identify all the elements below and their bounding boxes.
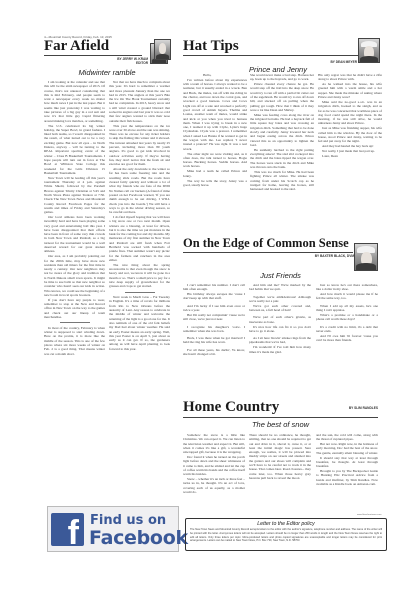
- poem-line: For all these years, his darlin', Ya kno…: [183, 348, 245, 357]
- letter-policy-text: The New Town News and Mountrail County R…: [190, 528, 382, 543]
- paragraph: This year the temperatures on the ice we…: [109, 124, 170, 167]
- paragraph: His only regret was that he didn't have …: [318, 73, 382, 82]
- paragraph: Hello,: [183, 73, 247, 77]
- poem-line: But I'm really not complainin' 'cause we…: [183, 313, 245, 322]
- paragraph: The way he tells the story, Jenny was a …: [183, 179, 247, 188]
- paragraph: New Town will be leading off this year's…: [44, 176, 105, 215]
- poem-line: We're part of each other's grizzle, as i…: [249, 315, 311, 324]
- facebook-ad-line1: Find us on: [90, 513, 166, 528]
- far-afield-subhead: Midwinter ramble: [44, 68, 170, 77]
- poem-line: Heck, I was there when he got married! I…: [183, 336, 245, 345]
- prince-jenny-column-1: She would never make a bad step. Harness…: [250, 73, 314, 225]
- paragraph: This was too much for Mike. He had been …: [250, 170, 314, 191]
- section-divider: [60, 322, 90, 323]
- hat-tips-column-1: Hello, I've written before about my expe…: [183, 73, 247, 225]
- home-country-column-3: and the sun, the cold will come, along w…: [316, 433, 378, 513]
- paragraph: Mike was feeding cows along the river on…: [250, 113, 314, 147]
- far-afield-title: Far Afield: [44, 38, 109, 55]
- poem-line: I recognize his daughter's voice. I reme…: [183, 325, 245, 334]
- paragraph: Our area, as I am probably pointing out …: [44, 254, 105, 297]
- paragraph: I am looking at the calendar and see tha…: [44, 80, 105, 123]
- paragraph: Snow – whether it's an inch or three fee…: [183, 477, 245, 494]
- poem-line: It's nice how life can fix it so you don…: [249, 325, 311, 334]
- common-sense-column-1: I can't remember his number. I don't cal…: [183, 283, 245, 389]
- paragraph: Brought to you by The Backpocket Guide t…: [316, 469, 378, 486]
- common-sense-column-3: Just so know he's out there somewhere, l…: [316, 283, 378, 389]
- section-divider: [125, 292, 155, 293]
- paragraph: In most of the country, February is when…: [44, 326, 105, 356]
- facebook-logo-icon: f: [51, 513, 84, 546]
- facebook-ad[interactable]: f Find us on Facebook: [47, 506, 179, 552]
- paragraph: Doc found it when he turned on the porch…: [183, 455, 245, 476]
- paragraph: Later, Dean: [318, 154, 382, 158]
- paragraph: Prince cheated every chance he got. He w…: [250, 82, 314, 112]
- home-country-byline: BY SLIM RANDLES: [312, 406, 378, 410]
- poem-line: Together we're ambidextrous! Although we…: [249, 295, 311, 304]
- common-sense-author-photo: [354, 243, 378, 271]
- poem-line: I can't remember his number. I don't cal…: [183, 283, 245, 292]
- poem-line: His birthday always escapes me 'cause I …: [183, 292, 245, 301]
- poem-line: And I'm lucky if I see him even once or …: [183, 304, 245, 313]
- common-sense-rule: [183, 252, 353, 253]
- poem-line: When I add up all my assets, he's one th…: [316, 304, 378, 313]
- poem-line: What's a promise or a handshake or a pho…: [316, 313, 378, 322]
- paragraph: As he walked into the house, his wife gr…: [318, 82, 382, 99]
- paragraph: and the sun, the cold will come, along w…: [316, 433, 378, 442]
- paragraph: And they had hauled the hay back up!: [318, 144, 382, 148]
- hat-tips-title: Hat Tips: [183, 38, 239, 55]
- letter-policy-box: Letter to the Editor policy The New Town…: [185, 518, 387, 551]
- paragraph: I do find myself hoping that we will hav…: [109, 215, 170, 262]
- paragraph: Next week is Mardi Gras – Fat Tuesday in…: [109, 295, 170, 351]
- poem-line: And him and me? We're marked by the bad …: [249, 283, 311, 292]
- poem-line: And I'll owe him 'til forever 'cause you…: [316, 334, 378, 343]
- paragraph: Not really, I just made that last part u…: [318, 149, 382, 153]
- home-country-column-1: Somehow the snow is a little like Christ…: [183, 433, 245, 513]
- home-country-column-2: There should be no ordinance, he thought…: [249, 433, 311, 513]
- paragraph: Somehow the snow is a little like Christ…: [183, 433, 245, 454]
- hat-tips-author-photo: [154, 39, 171, 60]
- paragraph: About the only downside to the winter so…: [109, 167, 170, 214]
- paragraph: He suddenly lurched to the right putting…: [250, 148, 314, 169]
- common-sense-byline: BY BAXTER BLACK, DVM: [292, 254, 354, 258]
- home-country-subhead: The best of snow: [183, 420, 378, 429]
- far-afield-byline-role: EDITOR: [82, 61, 148, 65]
- common-sense-subhead: Just Friends: [183, 271, 378, 280]
- paragraph: Mike had a team he called Prince and Jen…: [183, 169, 247, 178]
- poem-line: And how much it would please me if he fe…: [316, 292, 378, 301]
- far-afield-column-2: Not that we have much to complain about …: [109, 80, 170, 500]
- far-afield-column-1: I am looking at the calendar and see tha…: [44, 80, 105, 500]
- hat-tips-rule: [183, 55, 378, 56]
- prince-jenny-column-2: His only regret was that he didn't have …: [318, 73, 382, 225]
- letter-policy-title: Letter to the Editor policy: [190, 521, 382, 528]
- far-afield-byline: BY JERRY W. KRAM EDITOR: [82, 57, 148, 65]
- poem-line: It's a credit with no limit, it's a debt…: [316, 325, 378, 334]
- cartoon-credit: www.hfreshcartoons.com: [357, 514, 381, 516]
- paragraph: If you don't have any purple to wear, re…: [44, 298, 105, 319]
- prince-jenny-byline: BY DEAN MEYER: [302, 60, 357, 64]
- poem-line: Just so know he's out there somewhere, l…: [316, 283, 378, 292]
- paragraph: Just as Mike was finishing supper, his w…: [318, 126, 382, 143]
- paragraph: The U.S. celebrated its big winter holid…: [44, 124, 105, 176]
- paragraph: Not that we have much to complain about …: [109, 80, 170, 123]
- poem-line: We've got each other covered and, betwee…: [249, 304, 311, 313]
- paragraph: But not now. Right now, in the holiness …: [316, 442, 378, 455]
- newspaper-page: 4—Mountrail County Record, Friday, Feb. …: [42, 0, 392, 600]
- prince-jenny-author-photo: [358, 38, 380, 63]
- paragraph: Our local athletes have been working inc…: [44, 215, 105, 254]
- poem-line: As I sit here blowin' smoke rings from t…: [249, 336, 311, 345]
- home-country-rule: [183, 417, 378, 418]
- far-afield-rule: [44, 55, 142, 56]
- facebook-ad-line2: Facebook: [89, 527, 188, 549]
- paragraph: She would never make a bad step. Harness…: [250, 73, 314, 82]
- paragraph: The other night we were visiting and, as…: [183, 152, 247, 169]
- paragraph: There should be no ordinance, he thought…: [249, 433, 311, 480]
- home-country-title: Home Country: [183, 399, 279, 416]
- paragraph: The nice thing about the spring snowstor…: [109, 263, 170, 289]
- paragraph: It should stay that way at least through…: [316, 456, 378, 469]
- common-sense-column-2: And him and me? We're marked by the bad …: [249, 283, 311, 389]
- paragraph: I've written before about my experiences…: [183, 78, 247, 151]
- paragraph: Mike said the no-good s.o.b. was in an i…: [318, 100, 382, 126]
- common-sense-title: On the Edge of Common Sense: [183, 236, 349, 251]
- poem-line: I'm wonderin' if I've told him how many …: [249, 345, 311, 354]
